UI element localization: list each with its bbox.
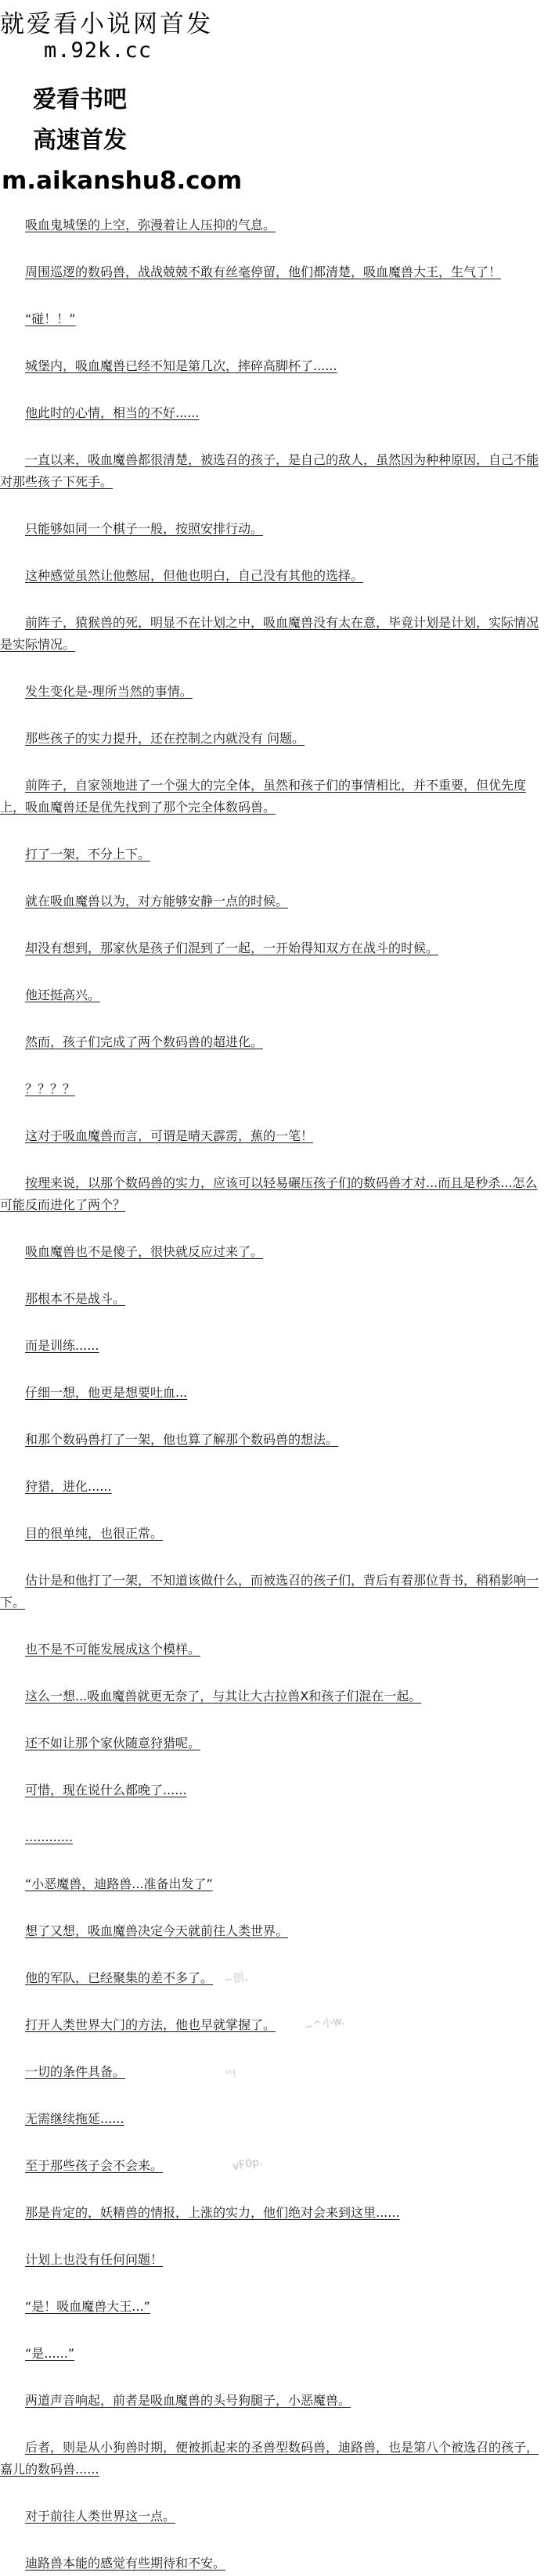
novel-paragraph: “是......” xyxy=(0,2343,548,2365)
novel-paragraph: ............ xyxy=(0,1826,548,1848)
novel-paragraph: 这种感觉虽然让他憋屈，但他也明白，自己没有其他的选择。 xyxy=(0,565,548,587)
novel-paragraph: 就在吸血魔兽以为，对方能够安静一点的时候。 xyxy=(0,890,548,912)
novel-paragraph: ？？？？ xyxy=(0,1078,548,1100)
novel-paragraph: 打开人类世界大门的方法，他也早就掌握了。 xyxy=(0,2014,548,2036)
site-mirror-url: m.92k.cc xyxy=(0,39,196,63)
novel-paragraph: 可惜，现在说什么都晚了...... xyxy=(0,1779,548,1801)
novel-paragraph: 目的很单纯，也很正常。 xyxy=(0,1523,548,1545)
novel-paragraph: 吸血魔兽也不是傻子，很快就反应过来了。 xyxy=(0,1241,548,1263)
novel-paragraph: 这么一想...吸血魔兽就更无奈了，与其让大古拉兽X和孩子们混在一起。 xyxy=(0,1686,548,1707)
novel-content: 吸血鬼城堡的上空，弥漫着让人压抑的气息。周围巡逻的数码兽，战战兢兢不敢有丝毫停留… xyxy=(0,214,548,2574)
novel-paragraph: 那是肯定的，妖精兽的情报，上涨的实力，他们绝对会来到这里...... xyxy=(0,2202,548,2224)
novel-paragraph: 那些孩子的实力提升，还在控制之内就没有 问题。 xyxy=(0,728,548,750)
novel-paragraph: 想了又想，吸血魔兽决定今天就前往人类世界。 xyxy=(0,1920,548,1942)
novel-paragraph: 还不如让那个家伙随意狩猎呢。 xyxy=(0,1732,548,1754)
promo-site-url: m.aikanshu8.com xyxy=(2,167,548,194)
novel-paragraph: 打了一架，不分上下。 xyxy=(0,844,548,865)
novel-paragraph: 至于那些孩子会不会来。 xyxy=(0,2155,548,2177)
novel-paragraph: 他还挺高兴。 xyxy=(0,984,548,1006)
novel-paragraph: 前阵子，猿猴兽的死，明显不在计划之中，吸血魔兽没有太在意，毕竟计划是计划，实际情… xyxy=(0,612,548,656)
promo-banner-2: 高速首发 xyxy=(33,128,548,153)
novel-paragraph: 吸血鬼城堡的上空，弥漫着让人压抑的气息。 xyxy=(0,214,548,236)
site-header: 就爱看小说网首发 m.92k.cc xyxy=(0,9,196,63)
novel-paragraph: 周围巡逻的数码兽，战战兢兢不敢有丝毫停留，他们都清楚，吸血魔兽大王，生气了！ xyxy=(0,261,548,283)
novel-paragraph: 一直以来，吸血魔兽都很清楚，被选召的孩子，是自己的敌人，虽然因为种种原因，自己不… xyxy=(0,449,548,493)
novel-paragraph: 两道声音响起，前者是吸血魔兽的头号狗腿子，小恶魔兽。 xyxy=(0,2390,548,2412)
novel-paragraph: 按理来说，以那个数码兽的实力，应该可以轻易碾压孩子们的数码兽才对...而且是秒杀… xyxy=(0,1172,548,1216)
novel-paragraph: 后者，则是从小狗兽时期，便被抓起来的圣兽型数码兽，迪路兽，也是第八个被选召的孩子… xyxy=(0,2437,548,2481)
novel-paragraph: 却没有想到，那家伙是孩子们混到了一起，一开始得知双方在战斗的时候。 xyxy=(0,937,548,959)
novel-reader-page: { "header": { "site_name": "就爱看小说网首发", "… xyxy=(0,0,548,2576)
novel-paragraph: 而是训练...... xyxy=(0,1335,548,1357)
novel-paragraph: 只能够如同一个棋子一般，按照安排行动。 xyxy=(0,518,548,540)
novel-paragraph: 前阵子，自家领地进了一个强大的完全体，虽然和孩子们的事情相比，并不重要，但优先度… xyxy=(0,775,548,818)
novel-paragraph: 狩猎，进化...... xyxy=(0,1476,548,1498)
novel-paragraph: 城堡内，吸血魔兽已经不知是第几次，摔碎高脚杯了...... xyxy=(0,355,548,377)
novel-paragraph: 那根本不是战斗。 xyxy=(0,1288,548,1310)
novel-paragraph: 一切的条件具备。 xyxy=(0,2061,548,2083)
novel-paragraph: 计划上也没有任何问题！ xyxy=(0,2249,548,2271)
novel-paragraph: 然而，孩子们完成了两个数码兽的超进化。 xyxy=(0,1031,548,1053)
novel-paragraph: “是！吸血魔兽大王...” xyxy=(0,2296,548,2318)
novel-paragraph: 他此时的心情，相当的不好...... xyxy=(0,402,548,424)
novel-paragraph: 迪路兽本能的感觉有些期待和不安。 xyxy=(0,2553,548,2574)
novel-paragraph: 和那个数码兽打了一架，他也算了解那个数码兽的想法。 xyxy=(0,1429,548,1451)
watermark-scribble: ''! xyxy=(225,2068,238,2082)
novel-paragraph: 估计是和他打了一架，不知道该做什么，而被选召的孩子们，背后有着那位背书，稍稍影响… xyxy=(0,1570,548,1614)
promo-banner-1: 爱看书吧 xyxy=(33,86,548,114)
novel-paragraph: 无需继续拖延...... xyxy=(0,2108,548,2130)
novel-paragraph: 他的军队，已经聚集的差不多了。 xyxy=(0,1967,548,1989)
novel-paragraph: 仔细一想，他更是想要吐血... xyxy=(0,1382,548,1404)
novel-paragraph: 也不是不可能发展成这个模样。 xyxy=(0,1639,548,1660)
novel-paragraph: 对于前往人类世界这一点。 xyxy=(0,2506,548,2527)
novel-paragraph: “小恶魔兽，迪路兽...准备出发了” xyxy=(0,1873,548,1895)
novel-paragraph: “碰！！” xyxy=(0,308,548,330)
site-name: 就爱看小说网首发 xyxy=(0,9,196,39)
novel-paragraph: 发生变化是-理所当然的事情。 xyxy=(0,681,548,703)
novel-paragraph: 这对于吸血魔兽而言，可谓是晴天霹雳，蕉的一笔！ xyxy=(0,1125,548,1147)
